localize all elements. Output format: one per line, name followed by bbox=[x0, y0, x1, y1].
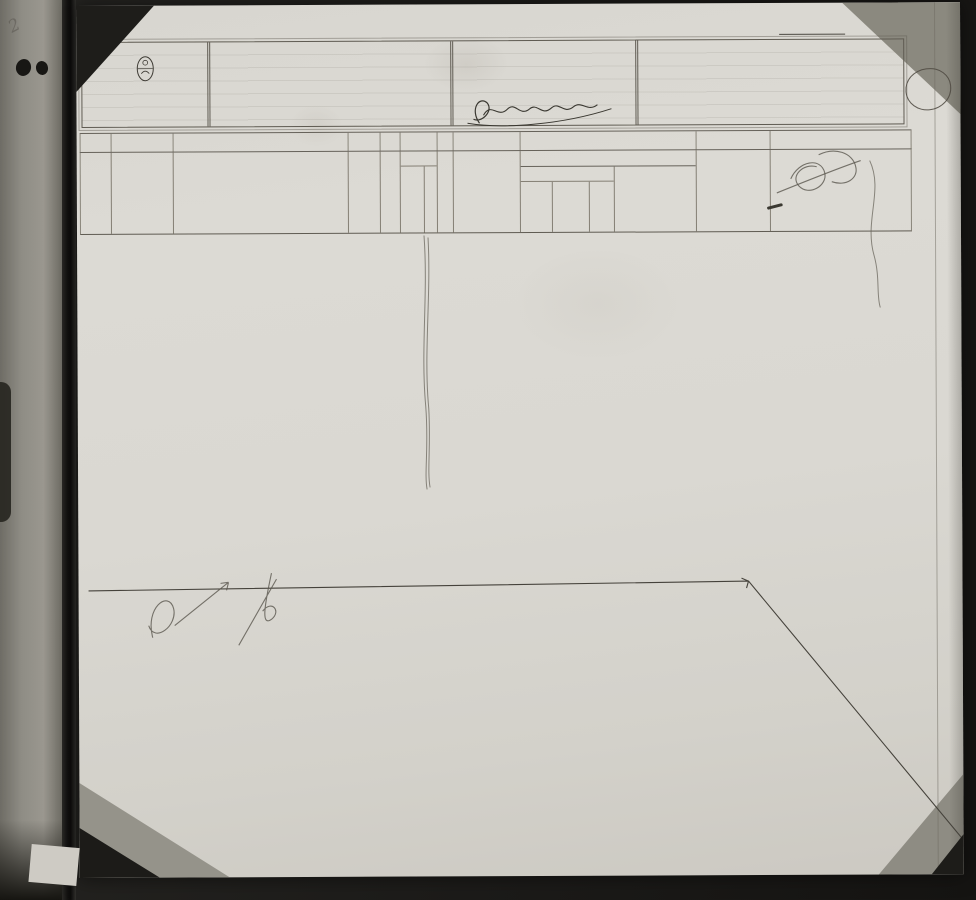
page-corner-dark-bottom-left bbox=[80, 828, 160, 878]
col-number bbox=[111, 134, 173, 153]
page-title bbox=[216, 21, 836, 24]
col-header-estado-civil bbox=[437, 151, 453, 232]
col-header-cuando-salio bbox=[520, 150, 696, 232]
nota-item bbox=[648, 71, 815, 80]
ship-info-box bbox=[207, 41, 450, 126]
col-header-edad bbox=[400, 151, 437, 232]
captain-signature bbox=[461, 89, 631, 132]
col-header-dia bbox=[589, 182, 614, 232]
nota-item bbox=[648, 58, 815, 67]
col-header-sexo bbox=[380, 152, 400, 233]
pencil-scribble: 2 bbox=[5, 15, 24, 38]
col-number bbox=[770, 130, 911, 150]
nota-item bbox=[648, 83, 815, 92]
col-header-mes bbox=[552, 182, 589, 232]
col-number bbox=[696, 131, 770, 150]
notas-heading bbox=[648, 42, 893, 43]
col-header-numero bbox=[81, 153, 111, 234]
document-page bbox=[76, 2, 964, 878]
col-number bbox=[437, 132, 453, 151]
col-header-fecha-exacta bbox=[521, 167, 614, 232]
page-corner-dark-bottom-right bbox=[932, 834, 964, 874]
notas-box bbox=[635, 39, 903, 124]
col-header-observaciones bbox=[770, 149, 911, 231]
col-number bbox=[81, 134, 111, 153]
header-band bbox=[81, 38, 904, 128]
previous-page-edge: 2 bbox=[0, 0, 62, 900]
nota-item bbox=[648, 95, 815, 104]
col-header-anos bbox=[401, 166, 424, 232]
punch-hole bbox=[35, 60, 49, 76]
col-header-ano bbox=[521, 182, 552, 232]
col-number bbox=[173, 133, 348, 153]
col-header-profesion bbox=[453, 151, 520, 232]
ink-blotch bbox=[0, 382, 11, 522]
col-header-vapor-embarco bbox=[614, 166, 696, 231]
page-content bbox=[76, 2, 964, 878]
page-edge-shadow bbox=[946, 2, 964, 874]
col-header-clase bbox=[348, 152, 380, 233]
col-number bbox=[453, 132, 520, 151]
table-header bbox=[80, 148, 912, 235]
col-header-apellido bbox=[173, 152, 348, 234]
nota-item bbox=[648, 46, 815, 55]
col-header-observaciones-visitador bbox=[111, 153, 173, 234]
scanned-passenger-list: 2 bbox=[0, 0, 976, 900]
blank-line bbox=[779, 24, 845, 35]
page-corner-curl bbox=[28, 844, 79, 886]
col-number bbox=[348, 133, 380, 152]
lista-number-label bbox=[776, 24, 845, 38]
col-header-puerto bbox=[696, 150, 770, 231]
book-binding bbox=[62, 0, 76, 900]
punch-hole bbox=[14, 57, 33, 77]
captain-box bbox=[450, 41, 635, 126]
col-number bbox=[380, 133, 400, 152]
col-number bbox=[400, 132, 437, 151]
col-number bbox=[520, 131, 696, 151]
page-corner-dark-top-left bbox=[76, 6, 154, 92]
col-header-meses bbox=[424, 166, 437, 232]
